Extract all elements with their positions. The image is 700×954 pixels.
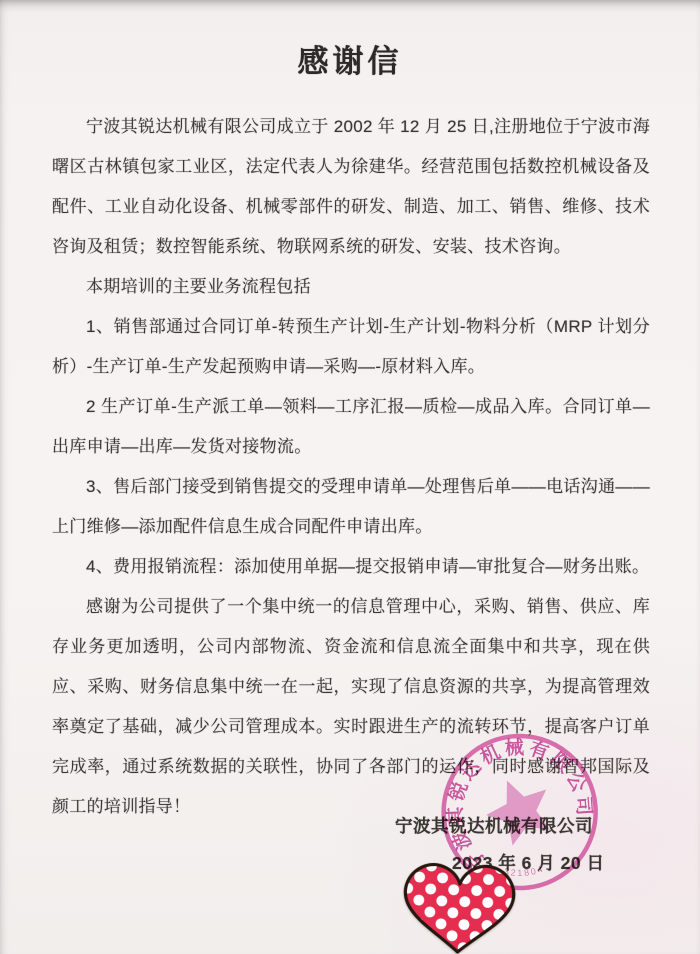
letter-title: 感谢信 — [0, 0, 700, 81]
letter-body: 宁波其锐达机械有限公司成立于 2002 年 12 月 25 日,注册地位于宁波市… — [0, 107, 700, 827]
paragraph-company-intro: 宁波其锐达机械有限公司成立于 2002 年 12 月 25 日,注册地位于宁波市… — [52, 107, 650, 267]
paragraph-process-2-production: 2 生产订单-生产派工单—领料—工序汇报—质检—成品入库。合同订单—出库申请—出… — [52, 387, 650, 467]
paragraph-process-4-expense: 4、费用报销流程：添加使用单据—提交报销申请—审批复合—财务出账。 — [52, 547, 650, 587]
heart-sticker-icon — [399, 859, 520, 954]
signature-company-name: 宁波其锐达机械有限公司 — [395, 813, 593, 838]
paragraph-training-overview: 本期培训的主要业务流程包括 — [52, 267, 650, 307]
paragraph-thanks: 感谢为公司提供了一个集中统一的信息管理中心，采购、销售、供应、库存业务更加透明，… — [52, 587, 650, 827]
scanned-letter-page: 感谢信 宁波其锐达机械有限公司成立于 2002 年 12 月 25 日,注册地位… — [0, 0, 700, 954]
paragraph-process-1-sales: 1、销售部通过合同订单-转预生产计划-生产计划-物料分析（MRP 计划分析）-生… — [52, 307, 650, 387]
paragraph-process-3-aftersales: 3、售后部门接受到销售提交的受理申请单—处理售后单——电话沟通——上门维修—添加… — [52, 467, 650, 547]
heart-shape-dots — [403, 864, 514, 954]
